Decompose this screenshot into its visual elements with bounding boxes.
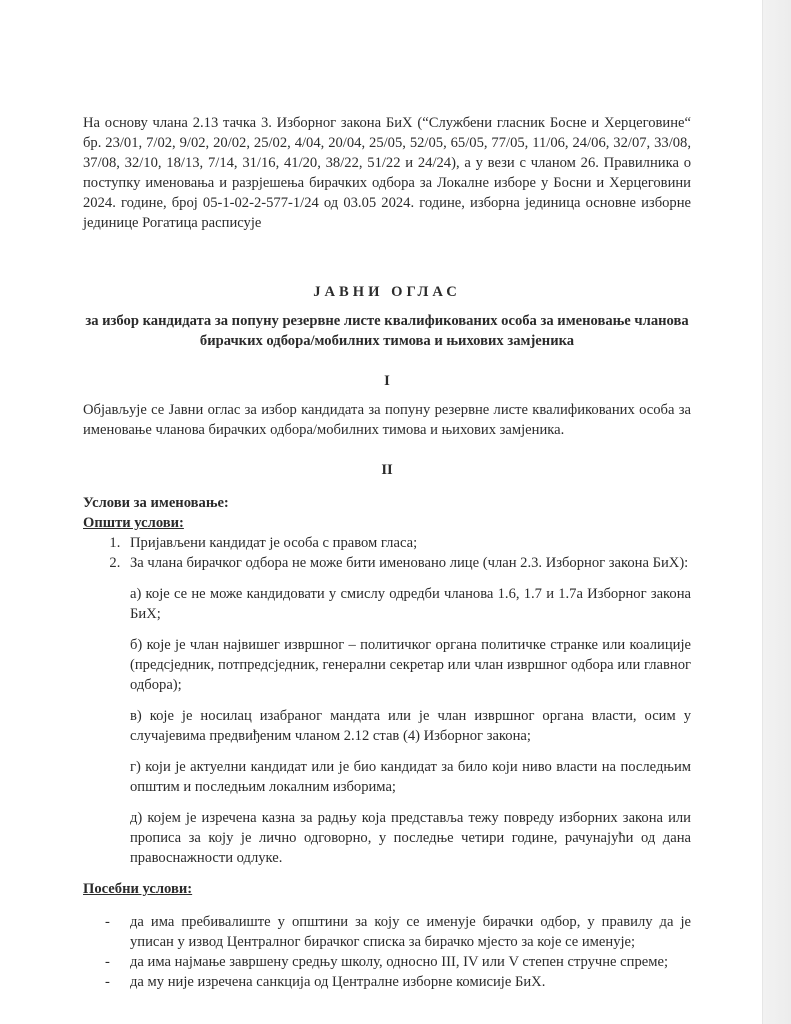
sub-item-d: д) којем је изречена казна за радњу која… [130,808,691,868]
sub-item-b: б) које је члан највишег извршног – поли… [130,635,691,695]
section-1-text: Објављује се Јавни оглас за избор кандид… [83,400,691,440]
document-subtitle: за избор кандидата за попуну резервне ли… [83,311,691,351]
general-conditions-list: Пријављени кандидат је особа с правом гл… [83,533,691,573]
list-item: да му није изречена санкција од Централн… [130,972,691,992]
section-2-numeral: II [83,460,691,480]
conditions-heading: Услови за именовање: [83,493,691,513]
document-page: На основу члана 2.13 тачка 3. Изборног з… [83,113,691,992]
sub-item-g: г) који је актуелни кандидат или је био … [130,757,691,797]
special-conditions-heading: Посебни услови: [83,879,691,899]
special-conditions-list: да има пребивалиште у општини за коју се… [83,912,691,992]
sub-item-v: в) које је носилац изабраног мандата или… [130,706,691,746]
list-item: да има најмање завршену средњу школу, од… [130,952,691,972]
list-item: За члана бирачког одбора не може бити им… [124,553,691,573]
page-edge-shadow [762,0,791,1024]
section-1-numeral: I [83,371,691,391]
intro-paragraph: На основу члана 2.13 тачка 3. Изборног з… [83,113,691,233]
list-item: Пријављени кандидат је особа с правом гл… [124,533,691,553]
list-item: да има пребивалиште у општини за коју се… [130,912,691,952]
ineligibility-sublist: а) које се не може кандидовати у смислу … [83,584,691,868]
sub-item-a: а) које се не може кандидовати у смислу … [130,584,691,624]
general-conditions-heading: Општи услови: [83,513,691,533]
document-title: ЈАВНИ ОГЛАС [83,282,691,302]
